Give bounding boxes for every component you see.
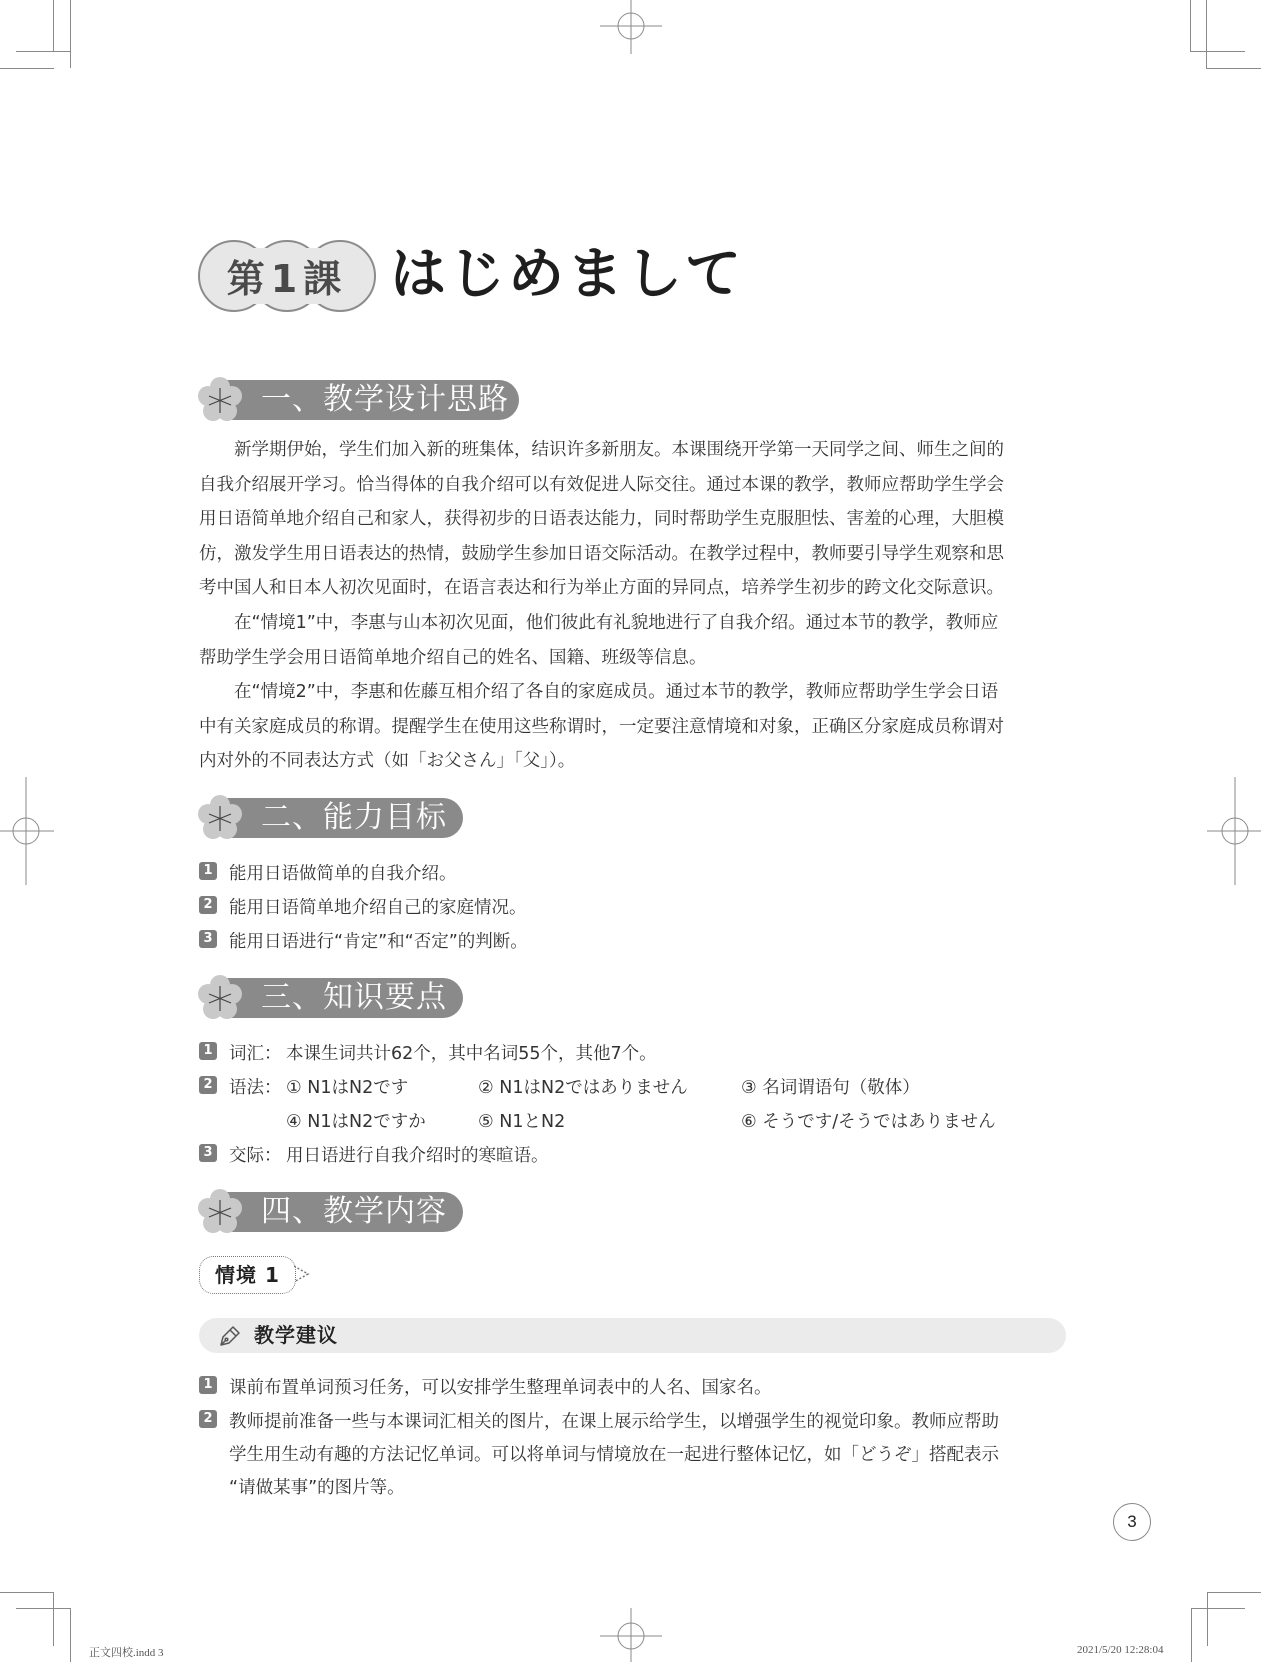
number-badge: 1 [199, 1042, 217, 1060]
vocab-label: 词汇： [229, 1040, 282, 1065]
registration-mark-top [600, 0, 662, 54]
crop-mark [16, 51, 70, 52]
knowledge-grammar: 2 语法： ① N1はN2です ② N1はN2ではありません ③ 名词谓语句（敬… [199, 1074, 1059, 1130]
advice-text: 教师提前准备一些与本课词汇相关的图片，在课上展示给学生，以增强学生的视觉印象。教… [229, 1408, 999, 1433]
number-badge: 1 [199, 1376, 217, 1394]
crop-mark [1207, 1592, 1261, 1593]
crop-mark [16, 1608, 70, 1609]
crop-mark [1207, 1592, 1208, 1646]
crop-mark [53, 0, 54, 52]
crop-mark [0, 68, 54, 69]
crop-mark [1206, 68, 1261, 69]
flower-star-icon [197, 377, 243, 423]
section-title: 四、教学内容 [261, 1191, 447, 1233]
scene-label-bubble: 情境 1 [199, 1256, 296, 1294]
flower-star-icon [197, 795, 243, 841]
number-badge: 2 [199, 1076, 217, 1094]
bubble-tail-icon [294, 1263, 312, 1285]
crop-mark [1190, 0, 1191, 52]
crop-mark [70, 1608, 71, 1662]
text-line: 内对外的不同表达方式（如「お父さん」「父」）。 [199, 744, 1067, 779]
goal-text: 能用日语做简单的自我介绍。 [229, 860, 457, 885]
advice-text: 学生用生动有趣的方法记忆单词。可以将单词与情境放在一起进行整体记忆，如「どうぞ」… [229, 1441, 999, 1466]
crop-mark [1190, 51, 1245, 52]
crop-mark [53, 1592, 54, 1646]
print-slug-file: 正文四校.indd 3 [89, 1644, 164, 1660]
text-line: 用日语简单地介绍自己和家人，获得初步的日语表达能力，同时帮助学生克服胆怯、害羞的… [199, 502, 1067, 537]
flower-star-icon [197, 975, 243, 1021]
lesson-badge: 第1課 [198, 238, 376, 312]
section-title: 三、知识要点 [261, 977, 447, 1019]
text-line: 在“情境2”中，李惠和佐藤互相介绍了各自的家庭成员。通过本节的教学，教师应帮助学… [199, 675, 1067, 710]
advice-title: 教学建议 [254, 1318, 338, 1353]
grammar-point: ⑤ N1とN2 [478, 1108, 565, 1133]
text-line: 帮助学生学会用日语简单地介绍自己的姓名、国籍、班级等信息。 [199, 641, 1067, 676]
page-number: 3 [1113, 1503, 1151, 1541]
number-badge: 2 [199, 1410, 217, 1428]
advice-bar: 教学建议 [199, 1318, 1066, 1353]
crop-mark [70, 0, 71, 68]
grammar-point: ④ N1はN2ですか [286, 1108, 426, 1133]
text-line: 仿，激发学生用日语表达的热情，鼓励学生参加日语交际活动。在教学过程中，教师要引导… [199, 537, 1067, 572]
grammar-point: ⑥ そうです/そうではありません [741, 1108, 996, 1133]
section-title: 一、教学设计思路 [261, 379, 509, 421]
number-badge: 1 [199, 862, 217, 880]
grammar-point: ① N1はN2です [286, 1074, 408, 1099]
pen-icon [217, 1323, 243, 1349]
number-badge: 3 [199, 1144, 217, 1162]
text-line: 考中国人和日本人初次见面时，在语言表达和行为举止方面的异同点，培养学生初步的跨文… [199, 571, 1067, 606]
number-badge: 3 [199, 930, 217, 948]
advice-text: 课前布置单词预习任务，可以安排学生整理单词表中的人名、国家名。 [229, 1374, 772, 1399]
text-line: 自我介绍展开学习。恰当得体的自我介绍可以有效促进人际交往。通过本课的教学，教师应… [199, 468, 1067, 503]
goal-text: 能用日语简单地介绍自己的家庭情况。 [229, 894, 527, 919]
crop-mark [0, 1592, 54, 1593]
design-paragraph-1: 新学期伊始，学生们加入新的班集体，结识许多新朋友。本课围绕开学第一天同学之间、师… [199, 433, 1067, 606]
design-paragraph-3: 在“情境2”中，李惠和佐藤互相介绍了各自的家庭成员。通过本节的教学，教师应帮助学… [199, 675, 1067, 779]
number-badge: 2 [199, 896, 217, 914]
print-slug-timestamp: 2021/5/20 12:28:04 [1077, 1644, 1163, 1656]
crop-mark [1206, 0, 1207, 68]
registration-mark-bottom [600, 1608, 662, 1662]
advice-text: “请做某事”的图片等。 [229, 1474, 405, 1499]
flower-star-icon [197, 1189, 243, 1235]
vocab-text: 本课生词共计62个，其中名词55个，其他7个。 [286, 1040, 657, 1065]
grammar-point: ② N1はN2ではありません [478, 1074, 688, 1099]
design-paragraph-2: 在“情境1”中，李惠与山本初次见面，他们彼此有礼貌地进行了自我介绍。通过本节的教… [199, 606, 1067, 675]
registration-mark-left [0, 777, 54, 885]
goal-text: 能用日语进行“肯定”和“否定”的判断。 [229, 928, 528, 953]
communication-label: 交际： [229, 1142, 282, 1167]
crop-mark [1191, 1608, 1192, 1662]
registration-mark-right [1207, 777, 1261, 885]
crop-mark [1191, 1608, 1245, 1609]
text-line: 中有关家庭成员的称谓。提醒学生在使用这些称谓时，一定要注意情境和对象，正确区分家… [199, 710, 1067, 745]
lesson-title: はじめまして [390, 240, 744, 310]
grammar-label: 语法： [229, 1074, 282, 1099]
grammar-point: ③ 名词谓语句（敬体） [741, 1074, 920, 1099]
text-line: 在“情境1”中，李惠与山本初次见面，他们彼此有礼貌地进行了自我介绍。通过本节的教… [199, 606, 1067, 641]
section-title: 二、能力目标 [261, 797, 447, 839]
lesson-number: 第1課 [198, 238, 376, 312]
communication-text: 用日语进行自我介绍时的寒暄语。 [286, 1142, 549, 1167]
text-line: 新学期伊始，学生们加入新的班集体，结识许多新朋友。本课围绕开学第一天同学之间、师… [199, 433, 1067, 468]
